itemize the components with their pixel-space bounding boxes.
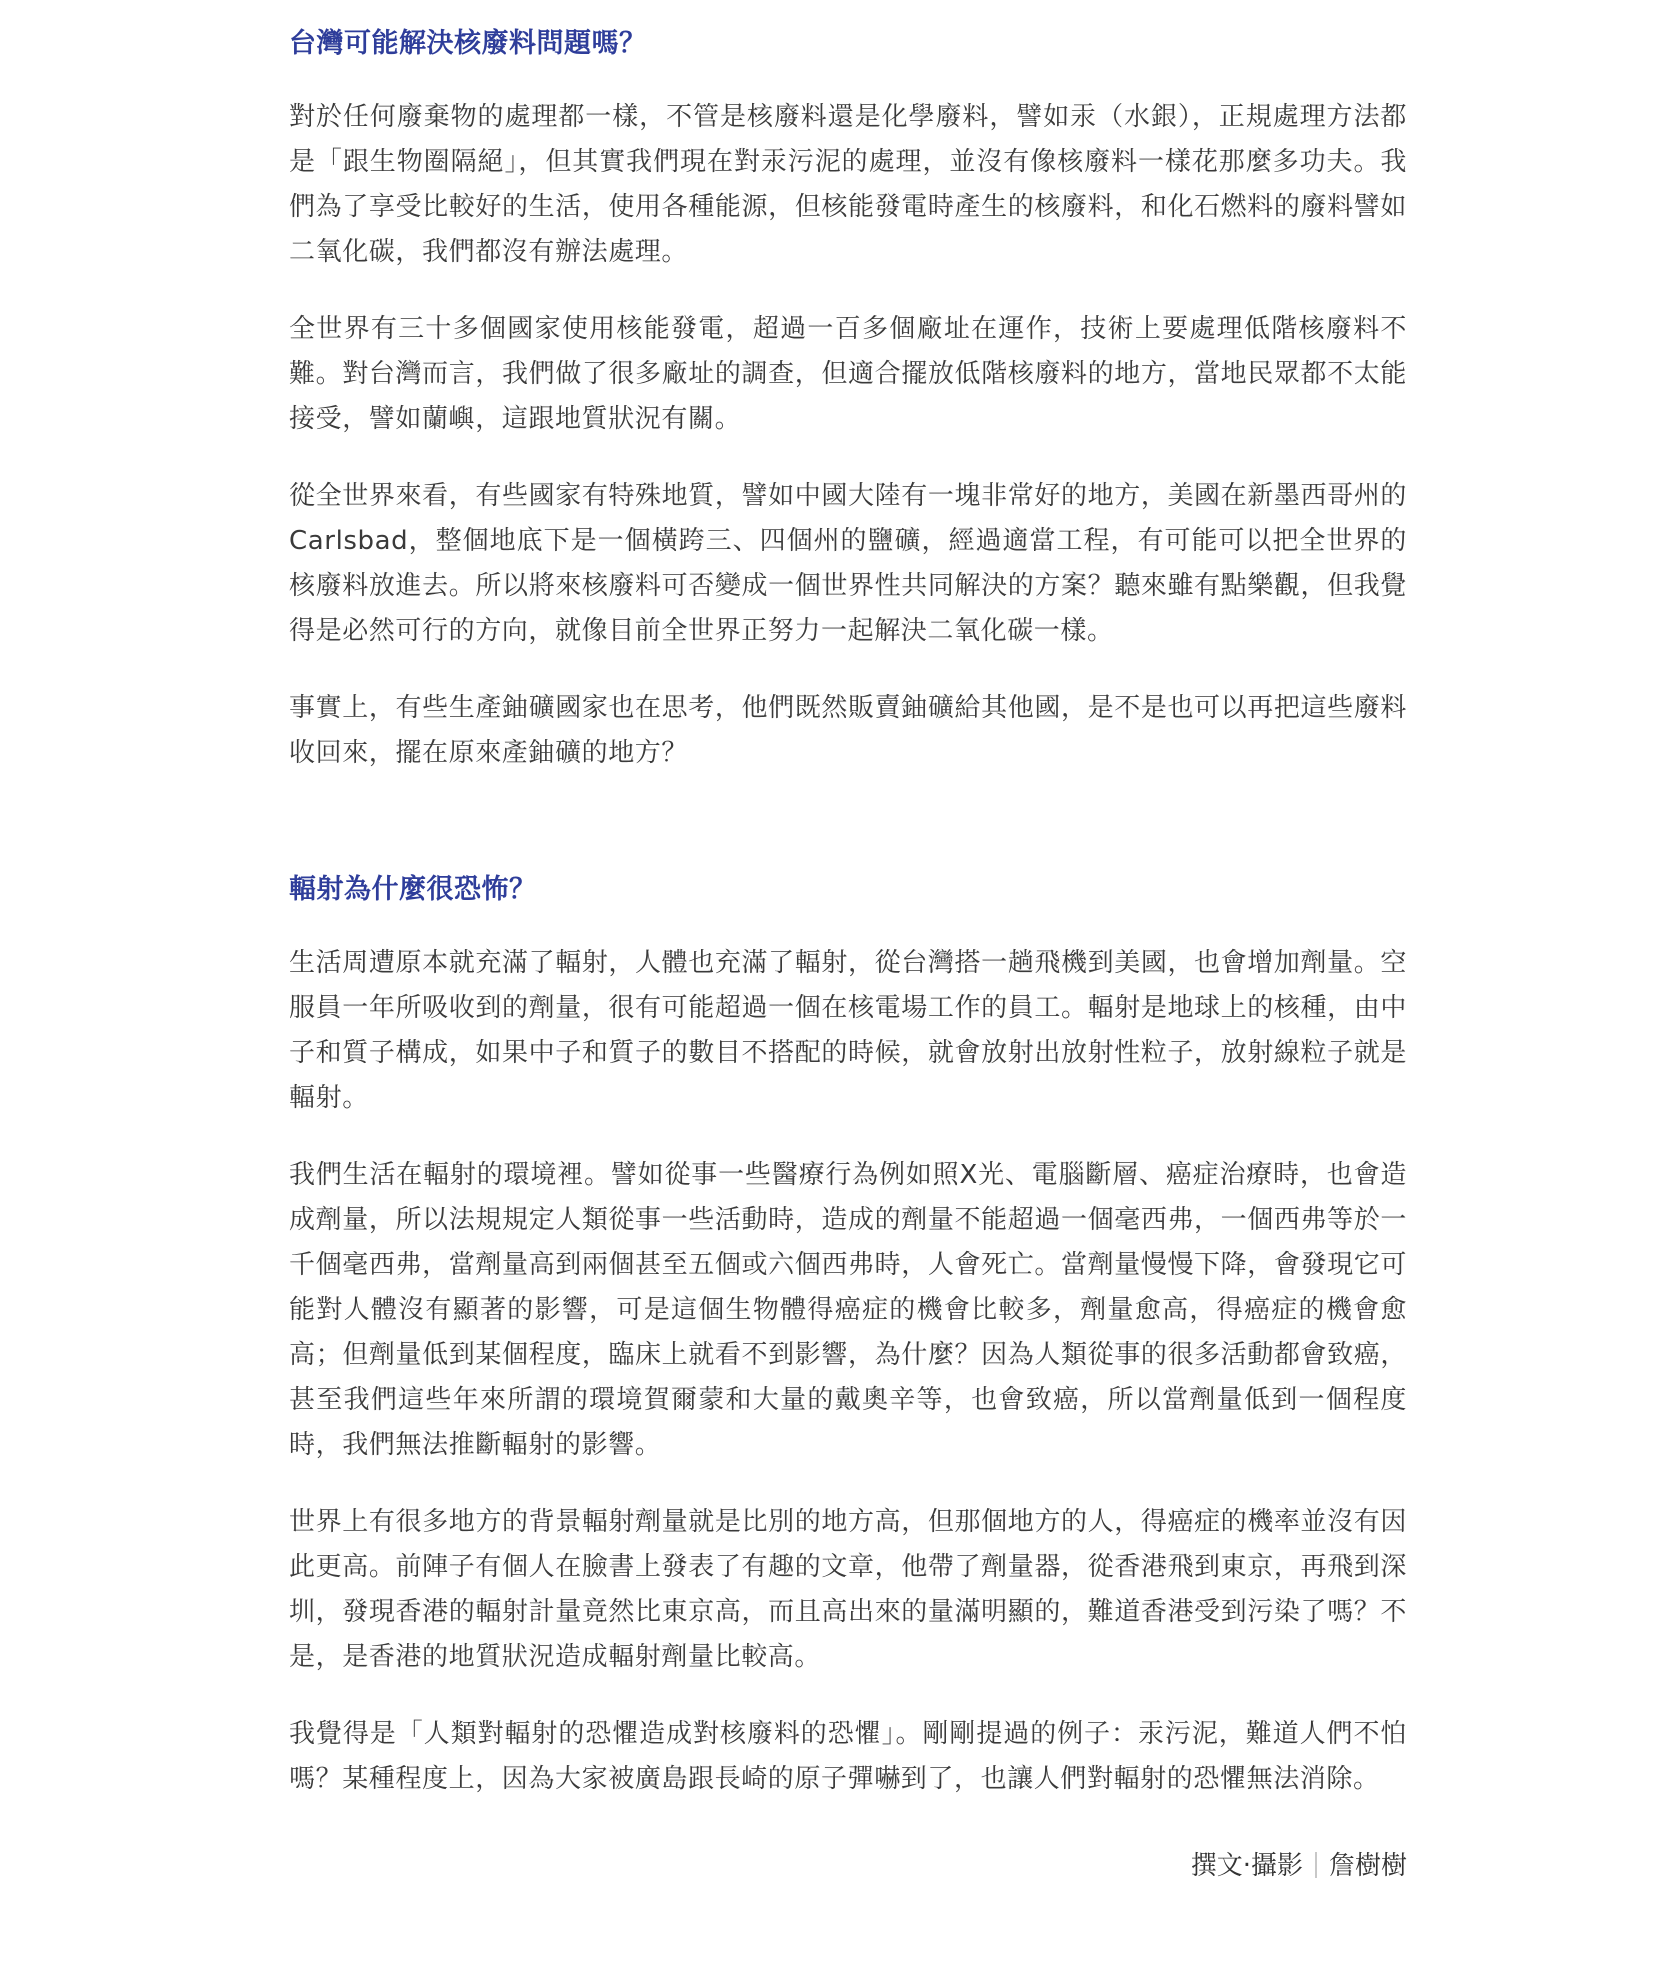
paragraph: 事實上，有些生產鈾礦國家也在思考，他們既然販賣鈾礦給其他國，是不是也可以再把這些…	[289, 686, 1407, 776]
paragraph: 從全世界來看，有些國家有特殊地質，譬如中國大陸有一塊非常好的地方，美國在新墨西哥…	[289, 474, 1407, 654]
paragraph: 生活周遭原本就充滿了輻射，人體也充滿了輻射，從台灣搭一趟飛機到美國，也會增加劑量…	[289, 941, 1407, 1121]
paragraph: 全世界有三十多個國家使用核能發電，超過一百多個廠址在運作，技術上要處理低階核廢料…	[289, 307, 1407, 442]
section-nuclear-waste: 台灣可能解決核廢料問題嗎？ 對於任何廢棄物的處理都一樣，不管是核廢料還是化學廢料…	[289, 22, 1407, 776]
section-title: 輻射為什麼很恐怖？	[289, 868, 1407, 912]
section-radiation: 輻射為什麼很恐怖？ 生活周遭原本就充滿了輻射，人體也充滿了輻射，從台灣搭一趟飛機…	[289, 868, 1407, 1802]
article-body: 台灣可能解決核廢料問題嗎？ 對於任何廢棄物的處理都一樣，不管是核廢料還是化學廢料…	[289, 22, 1407, 1886]
section-title: 台灣可能解決核廢料問題嗎？	[289, 22, 1407, 66]
paragraph: 對於任何廢棄物的處理都一樣，不管是核廢料還是化學廢料，譬如汞（水銀），正規處理方…	[289, 95, 1407, 275]
byline-author: 詹樹樹	[1329, 1851, 1407, 1881]
paragraph: 我覺得是「人類對輻射的恐懼造成對核廢料的恐懼」。剛剛提過的例子：汞污泥，難道人們…	[289, 1712, 1407, 1802]
paragraph: 世界上有很多地方的背景輻射劑量就是比別的地方高，但那個地方的人，得癌症的機率並沒…	[289, 1500, 1407, 1680]
byline-role: 撰文‧攝影	[1191, 1851, 1303, 1881]
byline-divider	[1315, 1852, 1317, 1878]
byline: 撰文‧攝影詹樹樹	[289, 1846, 1407, 1886]
paragraph: 我們生活在輻射的環境裡。譬如從事一些醫療行為例如照X光、電腦斷層、癌症治療時，也…	[289, 1153, 1407, 1468]
